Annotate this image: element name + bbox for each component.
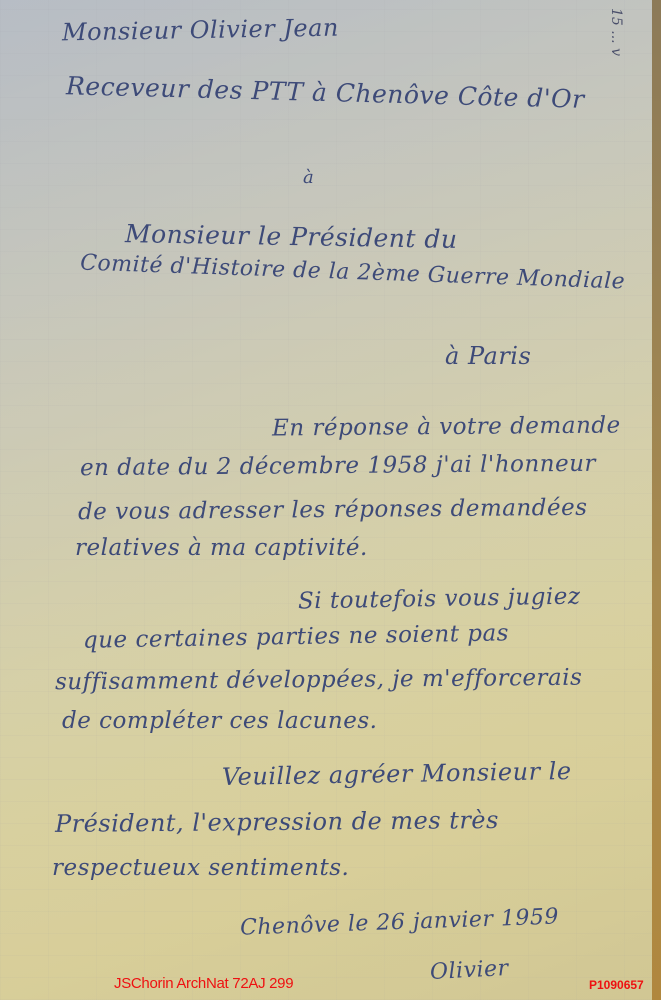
photo-id-watermark: P1090657 bbox=[589, 978, 644, 992]
body-line: de vous adresser les réponses demandées bbox=[78, 495, 588, 525]
body-line: de compléter ces lacunes. bbox=[62, 708, 377, 734]
body-line: en date du 2 décembre 1958 j'ai l'honneu… bbox=[80, 451, 596, 482]
body-line: relatives à ma captivité. bbox=[75, 535, 368, 561]
body-line: Si toutefois vous jugiez bbox=[298, 584, 581, 615]
to-prefix: à bbox=[303, 167, 314, 188]
margin-note: 15 ... v bbox=[608, 8, 624, 56]
recipient-line-3: à Paris bbox=[445, 342, 531, 370]
signature: Olivier bbox=[429, 956, 509, 985]
body-line: suffisamment développées, je m'efforcera… bbox=[55, 665, 583, 696]
archive-watermark: JSChorin ArchNat 72AJ 299 bbox=[114, 975, 293, 992]
sender-name: Monsieur Olivier Jean bbox=[62, 14, 339, 47]
closing-line: respectueux sentiments. bbox=[52, 855, 349, 881]
desk-edge bbox=[652, 0, 661, 1000]
closing-line: Président, l'expression de mes très bbox=[55, 806, 499, 838]
body-line: En réponse à votre demande bbox=[272, 412, 621, 441]
recipient-line-1: Monsieur le Président du bbox=[125, 219, 458, 254]
